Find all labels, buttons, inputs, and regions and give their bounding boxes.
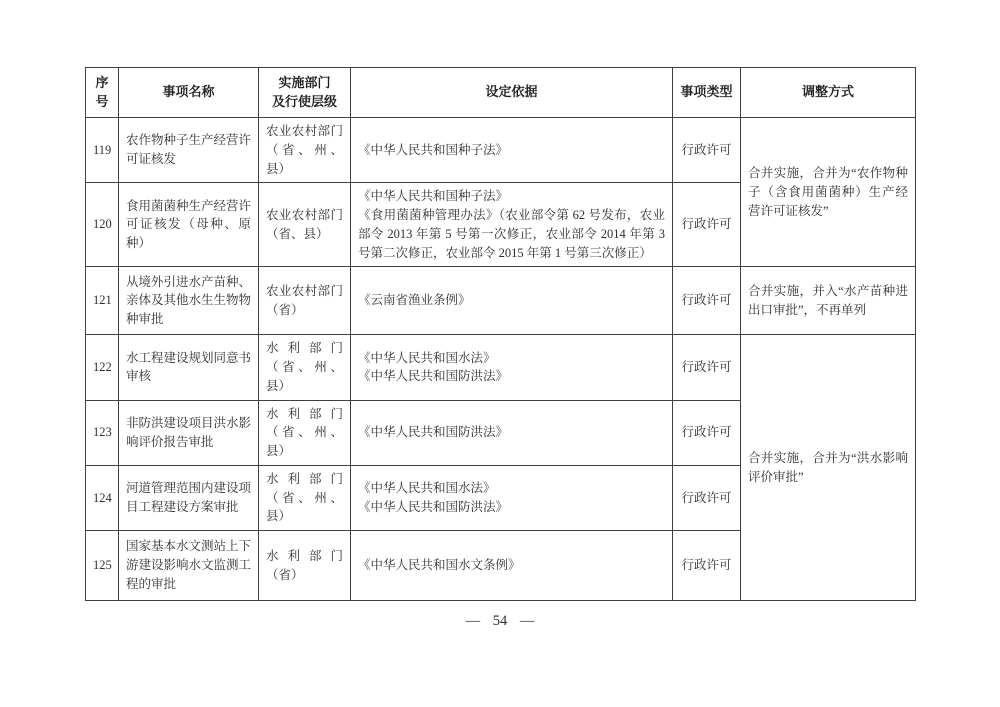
item-name: 非防洪建设项目洪水影响评价报告审批 [119, 400, 259, 465]
page-number: — 54 — [0, 613, 1000, 630]
table-row: 119 农作物种子生产经营许可证核发 农业农村部门（省、州、县） 《中华人民共和… [86, 118, 916, 183]
adjustment-method: 合并实施，合并为“农作物种子（含食用菌菌种）生产经营许可证核发” [741, 118, 916, 267]
implementing-dept: 水利部门（省、州、县） [259, 400, 351, 465]
table-header-row: 序 号 事项名称 实施部门 及行使层级 设定依据 事项类型 调整方式 [86, 68, 916, 118]
legal-basis: 《中华人民共和国种子法》 [351, 118, 673, 183]
approval-items-table: 序 号 事项名称 实施部门 及行使层级 设定依据 事项类型 调整方式 119 农… [85, 67, 916, 601]
legal-basis-line: 《食用菌菌种管理办法》（农业部令第 62 号发布，农业部令 2013 年第 5 … [358, 206, 665, 262]
legal-basis-line: 《中华人民共和国防洪法》 [358, 498, 665, 517]
row-number: 120 [86, 183, 119, 267]
legal-basis: 《中华人民共和国种子法》 《食用菌菌种管理办法》（农业部令第 62 号发布，农业… [351, 183, 673, 267]
implementing-dept: 水利部门（省、州、县） [259, 465, 351, 530]
legal-basis-line: 《云南省渔业条例》 [358, 291, 665, 310]
implementing-dept: 水利部门（省、州、县） [259, 335, 351, 400]
legal-basis: 《云南省渔业条例》 [351, 267, 673, 335]
col-header-basis: 设定依据 [351, 68, 673, 118]
item-type: 行政许可 [673, 118, 741, 183]
legal-basis: 《中华人民共和国防洪法》 [351, 400, 673, 465]
row-number: 124 [86, 465, 119, 530]
col-header-no: 序 号 [86, 68, 119, 118]
col-header-type: 事项类型 [673, 68, 741, 118]
implementing-dept: 农业农村部门（省、县） [259, 183, 351, 267]
item-name: 国家基本水文测站上下游建设影响水文监测工程的审批 [119, 531, 259, 601]
col-header-adjust: 调整方式 [741, 68, 916, 118]
item-name: 食用菌菌种生产经营许可证核发（母种、原种） [119, 183, 259, 267]
item-type: 行政许可 [673, 267, 741, 335]
row-number: 122 [86, 335, 119, 400]
legal-basis-line: 《中华人民共和国种子法》 [358, 141, 665, 160]
legal-basis: 《中华人民共和国水文条例》 [351, 531, 673, 601]
table-row: 122 水工程建设规划同意书审核 水利部门（省、州、县） 《中华人民共和国水法》… [86, 335, 916, 400]
item-type: 行政许可 [673, 400, 741, 465]
implementing-dept: 农业农村部门（省、州、县） [259, 118, 351, 183]
legal-basis-line: 《中华人民共和国防洪法》 [358, 367, 665, 386]
table-row: 121 从境外引进水产苗种、亲体及其他水生生物物种审批 农业农村部门（省） 《云… [86, 267, 916, 335]
row-number: 123 [86, 400, 119, 465]
adjustment-method: 合并实施，并入“水产苗种进出口审批”，不再单列 [741, 267, 916, 335]
row-number: 119 [86, 118, 119, 183]
item-type: 行政许可 [673, 531, 741, 601]
legal-basis: 《中华人民共和国水法》 《中华人民共和国防洪法》 [351, 465, 673, 530]
item-name: 水工程建设规划同意书审核 [119, 335, 259, 400]
item-type: 行政许可 [673, 335, 741, 400]
legal-basis: 《中华人民共和国水法》 《中华人民共和国防洪法》 [351, 335, 673, 400]
item-type: 行政许可 [673, 183, 741, 267]
item-name: 河道管理范围内建设项目工程建设方案审批 [119, 465, 259, 530]
implementing-dept: 水利部门（省） [259, 531, 351, 601]
document-page: 序 号 事项名称 实施部门 及行使层级 设定依据 事项类型 调整方式 119 农… [0, 0, 1000, 707]
row-number: 121 [86, 267, 119, 335]
legal-basis-line: 《中华人民共和国水文条例》 [358, 556, 665, 575]
implementing-dept: 农业农村部门（省） [259, 267, 351, 335]
legal-basis-line: 《中华人民共和国种子法》 [358, 187, 665, 206]
item-name: 从境外引进水产苗种、亲体及其他水生生物物种审批 [119, 267, 259, 335]
legal-basis-line: 《中华人民共和国防洪法》 [358, 423, 665, 442]
legal-basis-line: 《中华人民共和国水法》 [358, 479, 665, 498]
item-name: 农作物种子生产经营许可证核发 [119, 118, 259, 183]
row-number: 125 [86, 531, 119, 601]
col-header-dept: 实施部门 及行使层级 [259, 68, 351, 118]
legal-basis-line: 《中华人民共和国水法》 [358, 349, 665, 368]
item-type: 行政许可 [673, 465, 741, 530]
col-header-name: 事项名称 [119, 68, 259, 118]
adjustment-method: 合并实施，合并为“洪水影响评价审批” [741, 335, 916, 601]
